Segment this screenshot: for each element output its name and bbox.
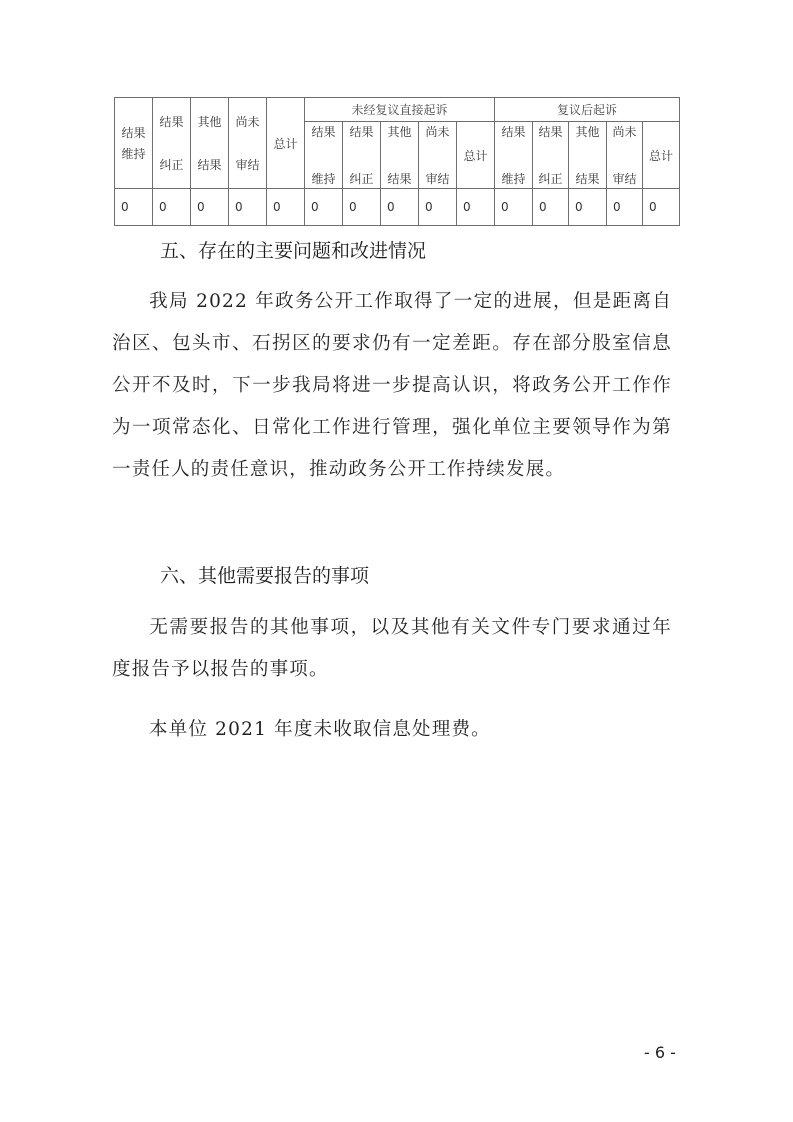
value-cell: 0 (533, 189, 569, 226)
section-5-heading: 五、存在的主要问题和改进情况 (160, 236, 426, 263)
header-cell: 结果维持 (115, 98, 153, 189)
value-cell: 0 (153, 189, 191, 226)
section-6-paragraph-2: 本单位 2021 年度未收取信息处理费。 (112, 709, 672, 751)
section-5-paragraph: 我局 2022 年政务公开工作取得了一定的进展，但是距离自治区、包头市、石拐区的… (112, 281, 672, 491)
header-cell: 结果维持 (495, 122, 533, 189)
header-cell: 结果纠正 (533, 122, 569, 189)
value-cell: 0 (267, 189, 305, 226)
value-cell: 0 (643, 189, 680, 226)
value-cell: 0 (229, 189, 267, 226)
litigation-stats-table: 结果维持 结果纠正 其他结果 尚未审结 总计 未经复议直接起诉 复议后起诉 结果… (114, 97, 680, 226)
value-cell: 0 (607, 189, 643, 226)
value-cell: 0 (191, 189, 229, 226)
value-cell: 0 (569, 189, 607, 226)
group-header-after-review-lawsuit: 复议后起诉 (495, 98, 680, 122)
group-header-direct-lawsuit: 未经复议直接起诉 (305, 98, 495, 122)
header-cell: 尚未审结 (607, 122, 643, 189)
section-6-paragraph-1: 无需要报告的其他事项，以及其他有关文件专门要求通过年度报告予以报告的事项。 (112, 607, 672, 691)
header-cell: 结果维持 (305, 122, 343, 189)
header-cell: 尚未审结 (419, 122, 457, 189)
header-cell: 结果纠正 (343, 122, 381, 189)
table-row: 0 0 0 0 0 0 0 0 0 0 0 0 0 0 0 (115, 189, 680, 226)
header-cell: 总计 (643, 122, 680, 189)
header-cell: 尚未审结 (229, 98, 267, 189)
value-cell: 0 (495, 189, 533, 226)
header-cell: 其他结果 (191, 98, 229, 189)
header-cell: 结果纠正 (153, 98, 191, 189)
header-cell: 其他结果 (381, 122, 419, 189)
value-cell: 0 (457, 189, 495, 226)
value-cell: 0 (419, 189, 457, 226)
header-cell: 总计 (267, 98, 305, 189)
value-cell: 0 (115, 189, 153, 226)
value-cell: 0 (381, 189, 419, 226)
header-cell: 总计 (457, 122, 495, 189)
header-cell: 其他结果 (569, 122, 607, 189)
section-6-heading: 六、其他需要报告的事项 (160, 561, 369, 588)
value-cell: 0 (305, 189, 343, 226)
page-number: - 6 - (644, 1043, 676, 1062)
value-cell: 0 (343, 189, 381, 226)
